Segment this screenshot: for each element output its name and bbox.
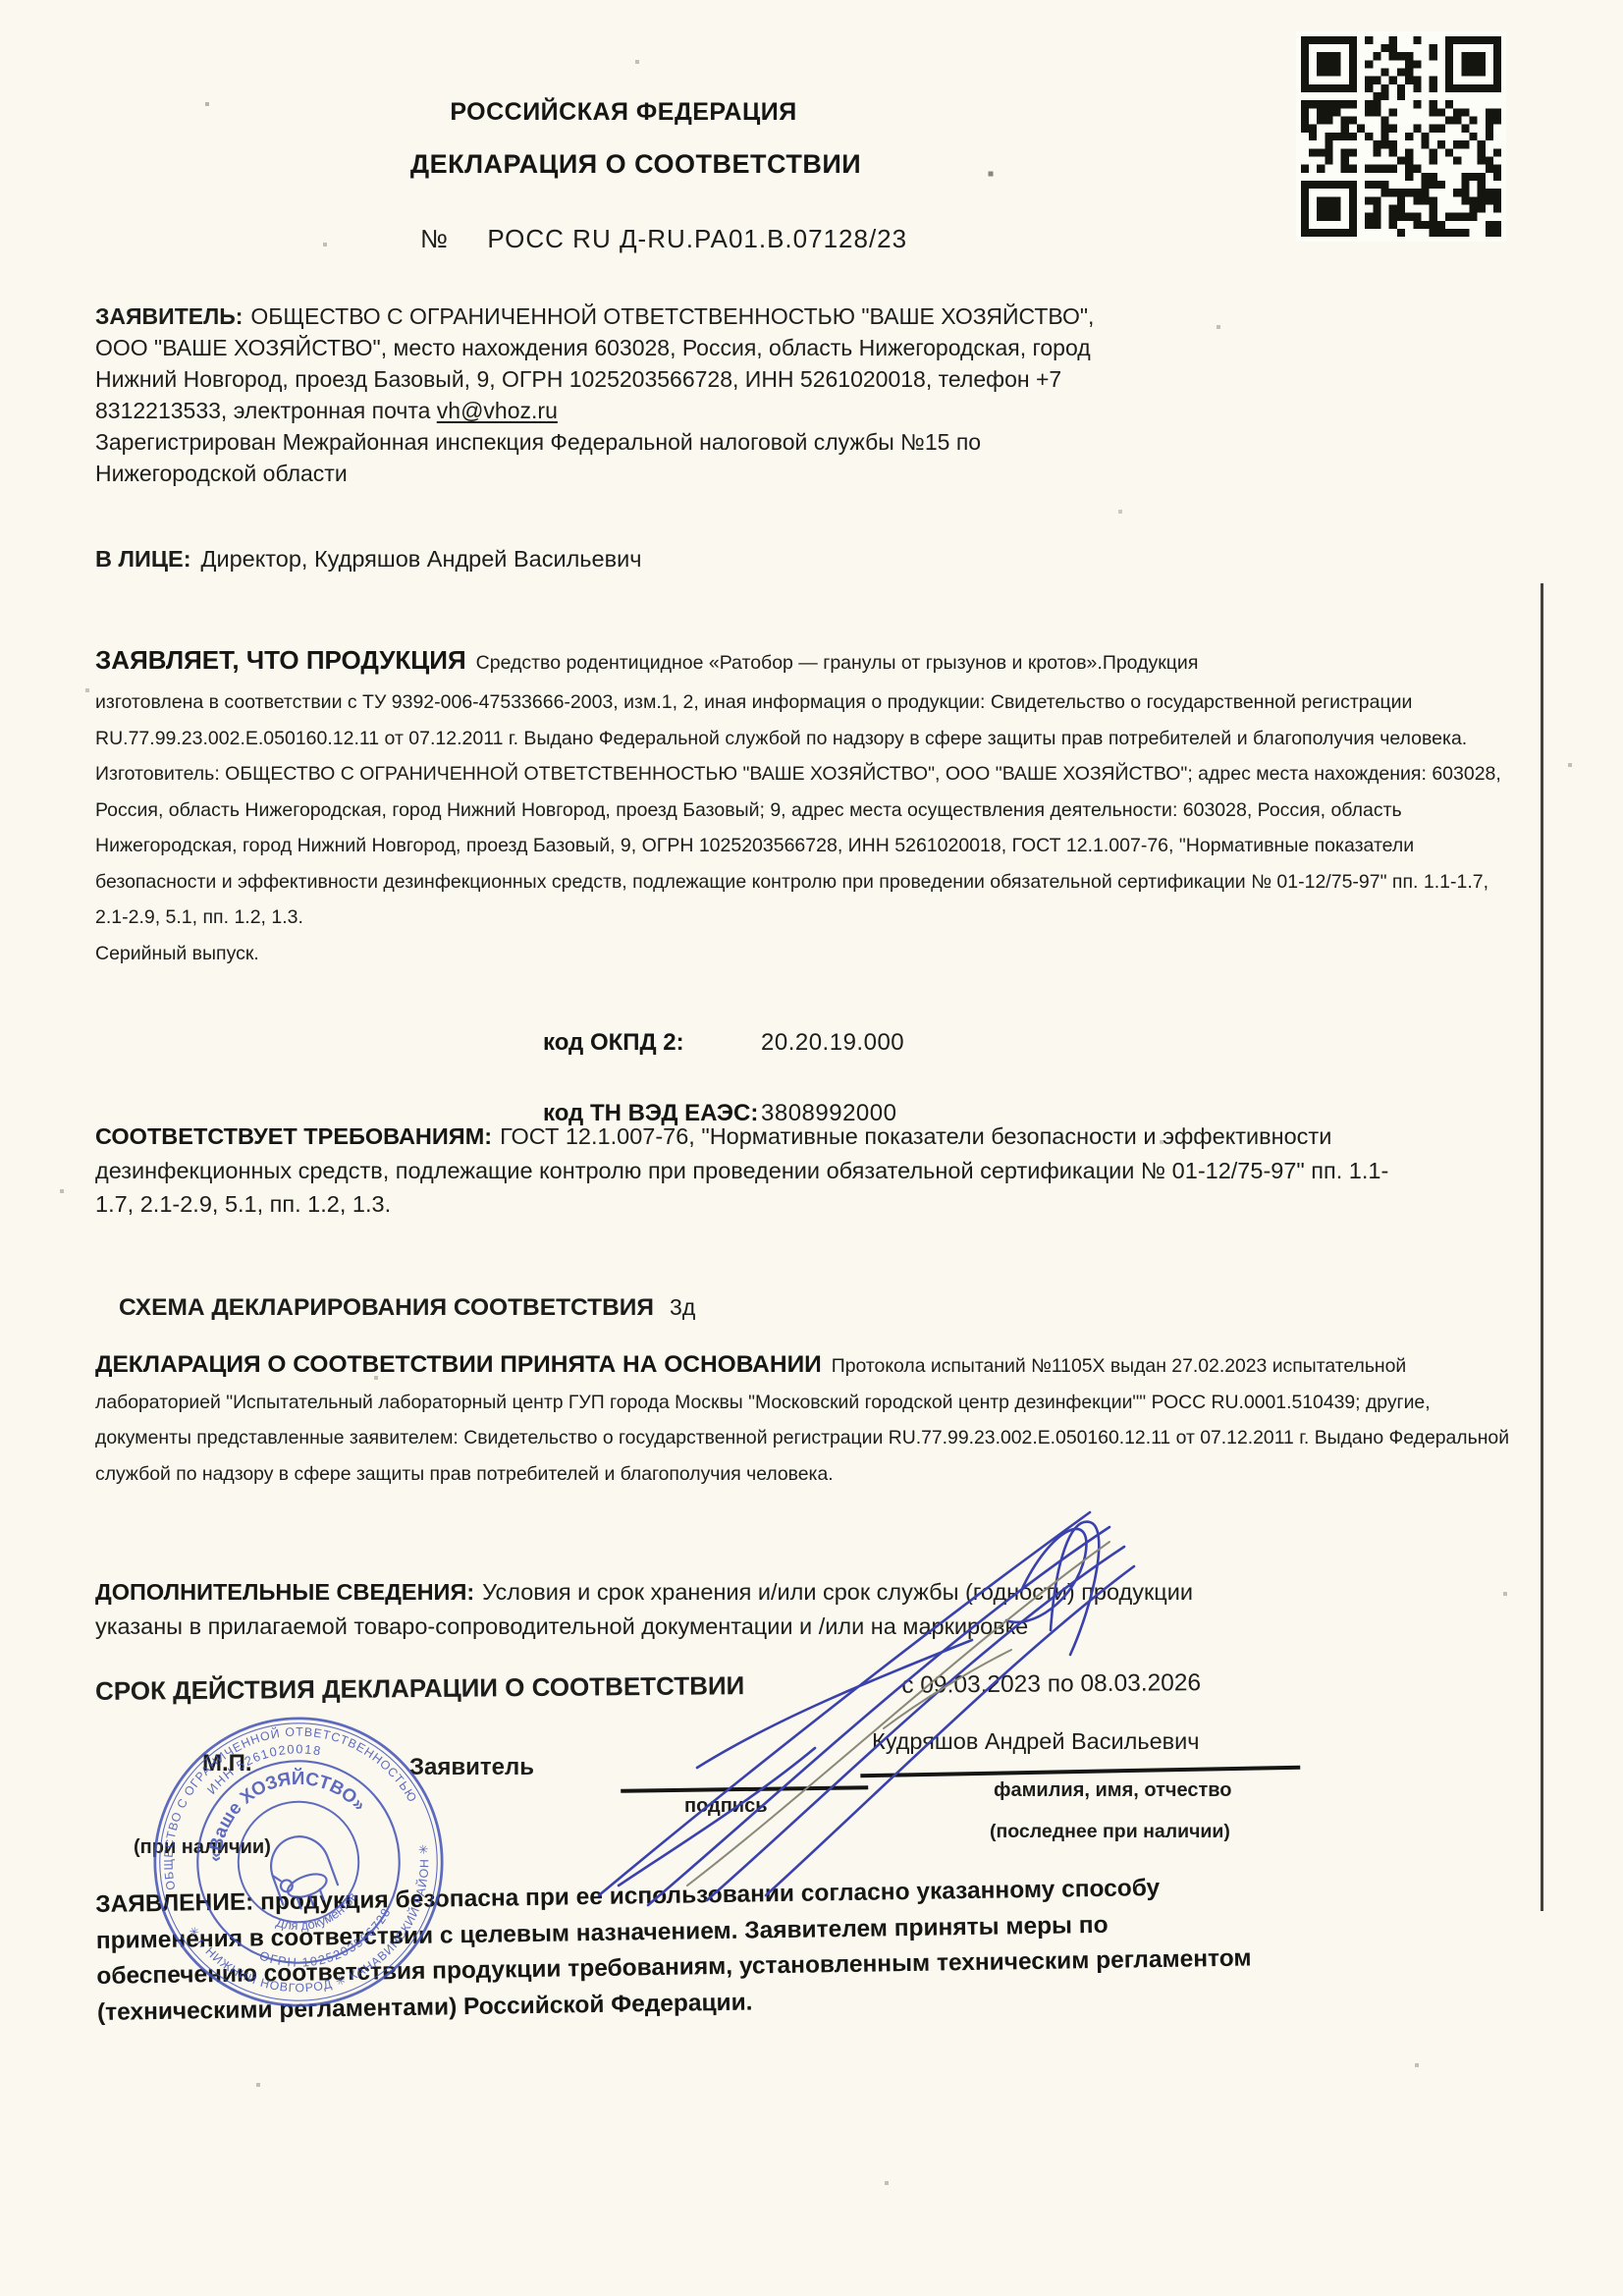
applicant-text: ОБЩЕСТВО С ОГРАНИЧЕННОЙ ОТВЕТСТВЕННОСТЬЮ… — [95, 303, 1094, 423]
okpd-code-row: код ОКПД 2: 20.20.19.000 — [543, 1029, 1623, 1057]
mp-label: М.П. — [202, 1750, 252, 1777]
statement-label: ЗАЯВЛЕНИЕ: — [95, 1888, 253, 1918]
number-label: № — [420, 224, 448, 253]
declaration-number-row: №РОСС RU Д-RU.РА01.В.07128/23 — [420, 224, 907, 254]
basis-paragraph: ДЕКЛАРАЦИЯ О СООТВЕТСТВИИ ПРИНЯТА НА ОСН… — [95, 1347, 1524, 1492]
conforms-paragraph: СООТВЕТСТВУЕТ ТРЕБОВАНИЯМ:ГОСТ 12.1.007-… — [95, 1120, 1406, 1222]
signer-name-caption: фамилия, имя, отчество — [994, 1779, 1232, 1802]
product-lead-line: ЗАЯВЛЯЕТ, ЧТО ПРОДУКЦИЯСредство родентиц… — [95, 640, 1529, 684]
svg-text:ОБЩЕСТВО С ОГРАНИЧЕННОЙ ОТВЕТС: ОБЩЕСТВО С ОГРАНИЧЕННОЙ ОТВЕТСТВЕННОСТЬЮ — [124, 1687, 420, 1893]
product-serial-line: Серийный выпуск. — [95, 936, 1529, 972]
product-paragraph: ЗАЯВЛЯЕТ, ЧТО ПРОДУКЦИЯСредство родентиц… — [95, 640, 1529, 971]
basis-label: ДЕКЛАРАЦИЯ О СООТВЕТСТВИИ ПРИНЯТА НА ОСН… — [95, 1351, 822, 1378]
signature-line — [621, 1756, 868, 1793]
applicant-registered-line: Зарегистрирован Межрайонная инспекция Фе… — [95, 426, 1082, 489]
statement-paragraph: ЗАЯВЛЕНИЕ: продукция безопасна при ее ис… — [95, 1869, 1266, 2031]
product-name: Средство родентицидное «Ратобор — гранул… — [476, 652, 1199, 674]
scan-noise — [0, 0, 2, 2]
okpd-label: код ОКПД 2: — [543, 1029, 684, 1056]
validity-label: СРОК ДЕЙСТВИЯ ДЕКЛАРАЦИИ О СООТВЕТСТВИИ — [95, 1670, 745, 1706]
statement-text: продукция безопасна при ее использовании… — [96, 1875, 1252, 2026]
okpd-value: 20.20.19.000 — [761, 1029, 904, 1057]
additional-paragraph: ДОПОЛНИТЕЛЬНЫЕ СВЕДЕНИЯ:Условия и срок х… — [95, 1575, 1239, 1643]
stamp-ring-outer-top: ОБЩЕСТВО С ОГРАНИЧЕННОЙ ОТВЕТСТВЕННОСТЬЮ — [124, 1687, 420, 1893]
signer-name-caption-2: (последнее при наличии) — [990, 1821, 1230, 1843]
scheme-value: 3д — [670, 1294, 695, 1320]
header-country: РОССИЙСКАЯ ФЕДЕРАЦИЯ — [0, 98, 1247, 127]
applicant-email: vh@vhoz.ru — [437, 398, 558, 423]
declaration-number: РОСС RU Д-RU.РА01.В.07128/23 — [487, 224, 907, 253]
person-value: Директор, Кудряшов Андрей Васильевич — [201, 546, 642, 572]
applicant-paragraph: ЗАЯВИТЕЛЬ:ОБЩЕСТВО С ОГРАНИЧЕННОЙ ОТВЕТС… — [95, 301, 1141, 489]
person-label: В ЛИЦЕ: — [95, 546, 191, 572]
signature-caption: подпись — [684, 1795, 768, 1818]
mp-caption: (при наличии) — [134, 1836, 271, 1859]
product-details: изготовлена в соответствии с ТУ 9392-006… — [95, 684, 1524, 936]
header-title: ДЕКЛАРАЦИЯ О СООТВЕТСТВИИ — [0, 149, 1271, 180]
qr-code — [1296, 31, 1506, 242]
person-line: В ЛИЦЕ:Директор, Кудряшов Андрей Василье… — [95, 546, 641, 573]
applicant-word: Заявитель — [409, 1754, 534, 1781]
applicant-label: ЗАЯВИТЕЛЬ: — [95, 303, 243, 329]
document-page: РОССИЙСКАЯ ФЕДЕРАЦИЯ ДЕКЛАРАЦИЯ О СООТВЕ… — [0, 0, 1623, 2296]
scheme-label: СХЕМА ДЕКЛАРИРОВАНИЯ СООТВЕТСТВИЯ — [119, 1294, 654, 1321]
additional-label: ДОПОЛНИТЕЛЬНЫЕ СВЕДЕНИЯ: — [95, 1579, 474, 1605]
validity-line: СРОК ДЕЙСТВИЯ ДЕКЛАРАЦИИ О СООТВЕТСТВИИс… — [95, 1667, 1201, 1707]
product-label: ЗАЯВЛЯЕТ, ЧТО ПРОДУКЦИЯ — [95, 645, 466, 675]
signer-name-line — [860, 1736, 1301, 1778]
scheme-line: СХЕМА ДЕКЛАРИРОВАНИЯ СООТВЕТСТВИЯ3д — [119, 1294, 695, 1322]
validity-value: с 09.03.2023 по 08.03.2026 — [901, 1669, 1201, 1699]
page-edge-scan-line — [1541, 583, 1543, 1911]
conforms-label: СООТВЕТСТВУЕТ ТРЕБОВАНИЯМ: — [95, 1123, 492, 1149]
